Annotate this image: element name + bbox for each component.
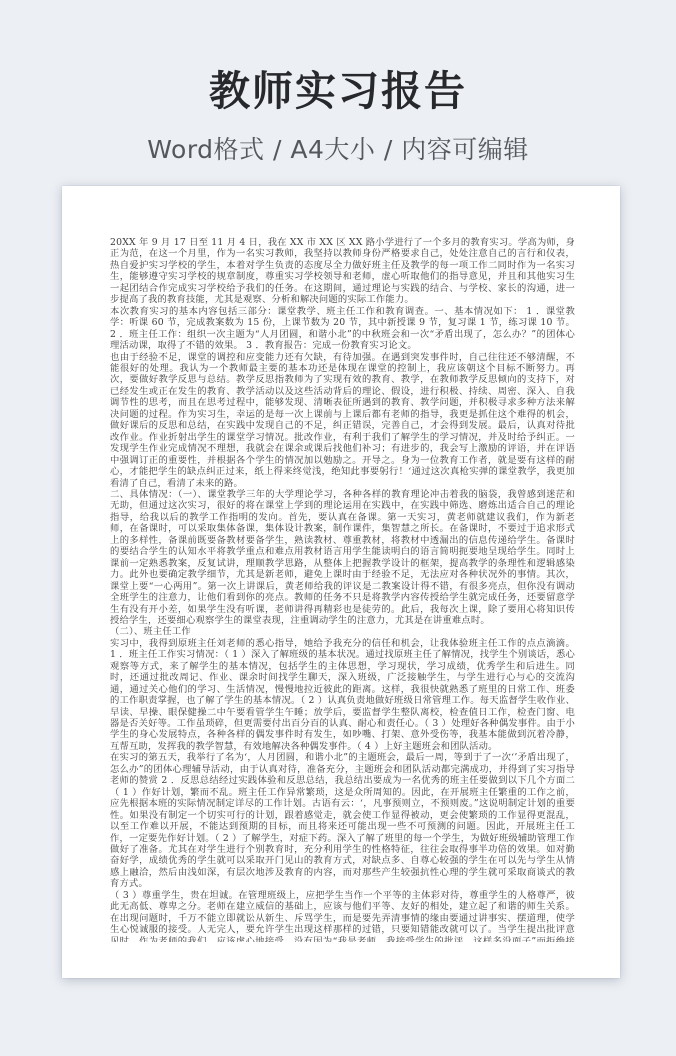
template-preview-page: 教师实习报告 Word格式 / A4大小 / 内容可编辑 20XX 年 9 月 … [0,0,676,1056]
document-page: 20XX 年 9 月 17 日至 11 月 4 日，我在 XX 市 XX 区 X… [62,186,620,978]
document-paragraph: 实习中，我得到原班主任刘老师的悉心指导，她给予我充分的信任和机会，让我体验班主任… [110,638,575,753]
page-title: 教师实习报告 [0,58,676,117]
document-paragraph: 本次教育实习的基本内容包括三部分：课堂教学、班主任工作和教育调查。一、基本情况如… [110,306,575,352]
document-paragraph: 20XX 年 9 月 17 日至 11 月 4 日，我在 XX 市 XX 区 X… [110,237,575,306]
document-paragraph: 在实习的第五天，我举行了名为‘，人月团圆，和谐小北”的主题班会，最后一周，等到于… [110,752,575,889]
page-subtitle: Word格式 / A4大小 / 内容可编辑 [0,130,676,166]
document-paragraph: 二、具体情况：（一）、课堂教学三年的大学理论学习，各种各样的教育理论冲击着我的脑… [110,489,575,626]
document-paragraph: （ 3 ）尊重学生，贵在坦诚。在管理班级上，应把学生当作一个平等的主体彩对待，尊… [110,890,575,942]
header: 教师实习报告 Word格式 / A4大小 / 内容可编辑 [0,0,676,166]
document-paragraph: 也由于经验不足，课堂的调控和应变能力还有欠缺，有待加强。在遇到突发事件时，自己往… [110,352,575,489]
document-paragraph: （二）、班主任工作 [110,626,575,637]
document-body: 20XX 年 9 月 17 日至 11 月 4 日，我在 XX 市 XX 区 X… [110,237,575,942]
